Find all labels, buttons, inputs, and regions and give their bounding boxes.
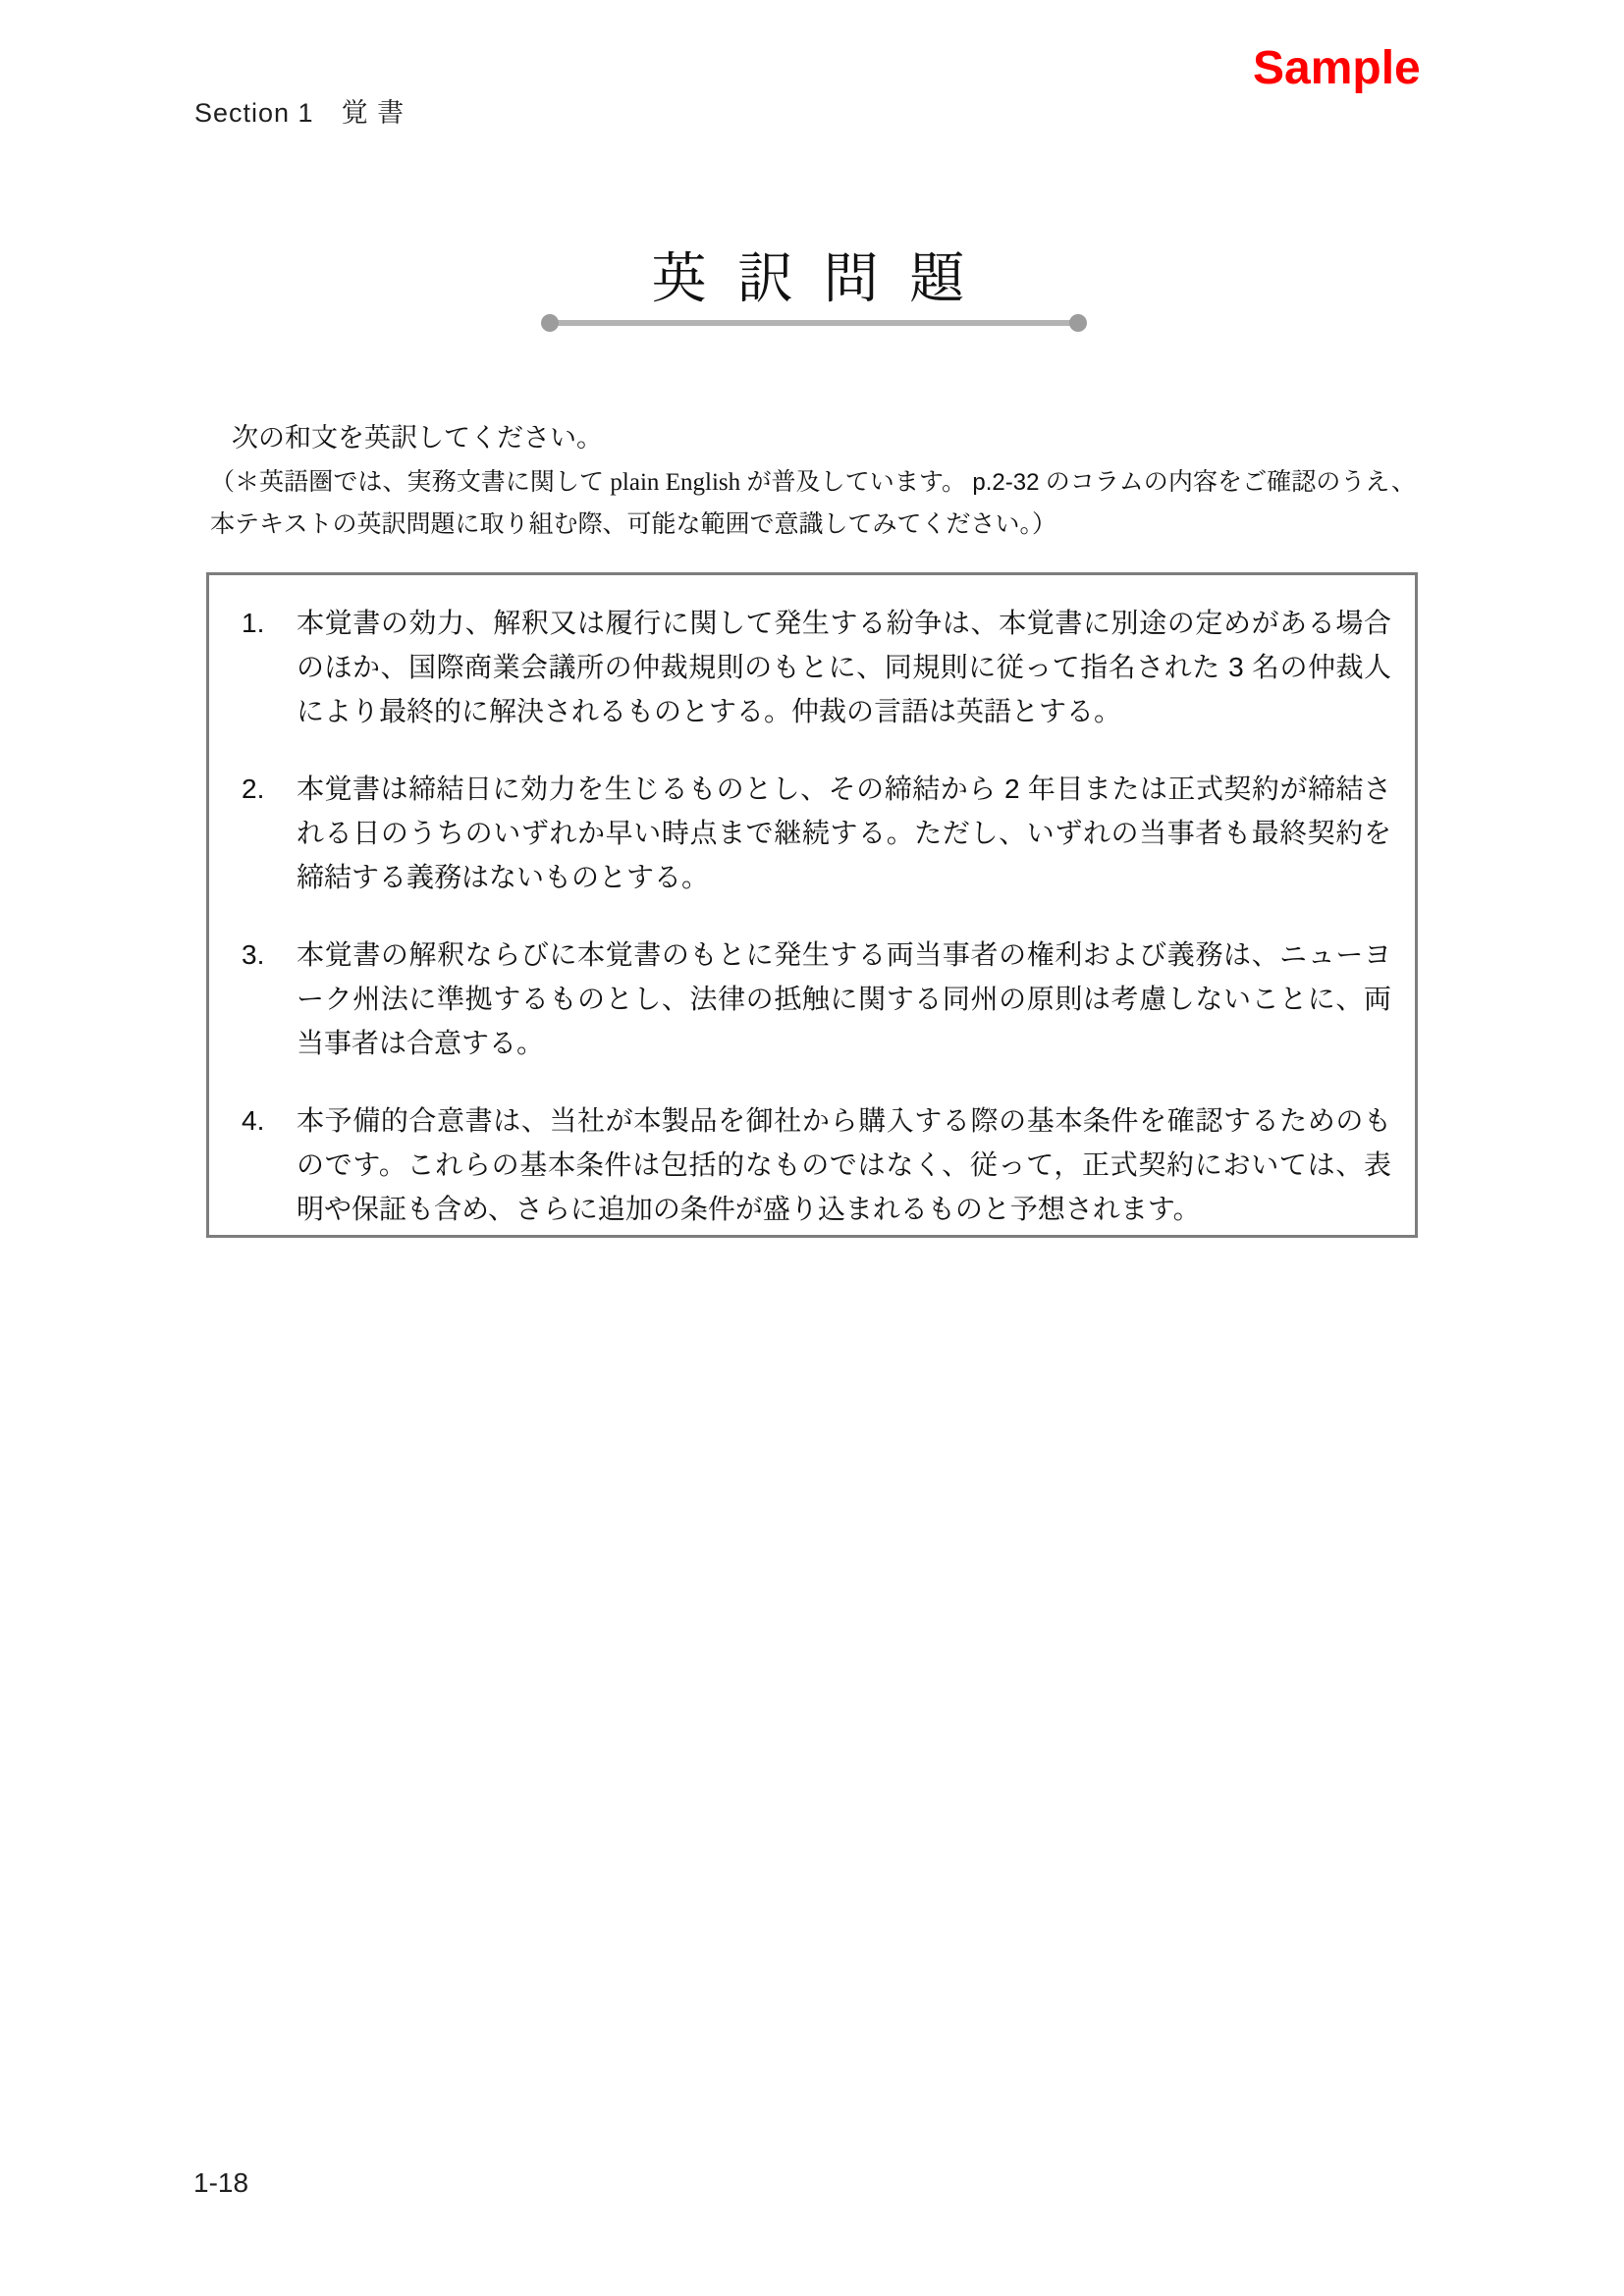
problem-text: 本予備的合意書は、当社が本製品を御社から購入する際の基本条件を確認するためのもの…	[297, 1098, 1391, 1231]
page-title: 英 訳 問 題	[0, 236, 1624, 314]
problem-number: 4.	[242, 1098, 297, 1231]
problems-box: 1. 本覚書の効力、解釈又は履行に関して発生する紛争は、本覚書に別途の定めがある…	[206, 572, 1418, 1238]
note-part1: （＊英語圏では、実務文書に関して plain English が普及しています。	[210, 469, 972, 496]
problem-item-4: 4. 本予備的合意書は、当社が本製品を御社から購入する際の基本条件を確認するため…	[242, 1098, 1391, 1231]
title-block: 英 訳 問 題	[0, 236, 1624, 314]
sample-watermark: Sample	[1253, 41, 1421, 95]
problem-number: 3.	[242, 933, 297, 1065]
problem-number: 2.	[242, 767, 297, 899]
rule-dot-right-icon	[1069, 314, 1087, 332]
note-page-reference: p.2-32	[972, 469, 1039, 496]
section-header: Section 1 覚 書	[194, 91, 405, 130]
problem-item-3: 3. 本覚書の解釈ならびに本覚書のもとに発生する両当事者の権利および義務は、ニュ…	[242, 933, 1391, 1065]
note-text: （＊英語圏では、実務文書に関して plain English が普及しています。…	[210, 461, 1416, 546]
problem-number: 1.	[242, 601, 297, 733]
problem-item-2: 2. 本覚書は締結日に効力を生じるものとし、その締結から 2 年目または正式契約…	[242, 767, 1391, 899]
rule-dot-left-icon	[541, 314, 559, 332]
document-page: Section 1 覚 書 Sample 英 訳 問 題 次の和文を英訳してくだ…	[0, 0, 1624, 2296]
title-rule	[550, 320, 1078, 326]
problem-item-1: 1. 本覚書の効力、解釈又は履行に関して発生する紛争は、本覚書に別途の定めがある…	[242, 601, 1391, 733]
problem-text: 本覚書は締結日に効力を生じるものとし、その締結から 2 年目または正式契約が締結…	[297, 767, 1391, 899]
page-number: 1-18	[193, 2167, 248, 2199]
problem-text: 本覚書の解釈ならびに本覚書のもとに発生する両当事者の権利および義務は、ニューヨー…	[297, 933, 1391, 1065]
problem-text: 本覚書の効力、解釈又は履行に関して発生する紛争は、本覚書に別途の定めがある場合の…	[297, 601, 1391, 733]
instruction-text: 次の和文を英訳してください。	[232, 416, 603, 454]
